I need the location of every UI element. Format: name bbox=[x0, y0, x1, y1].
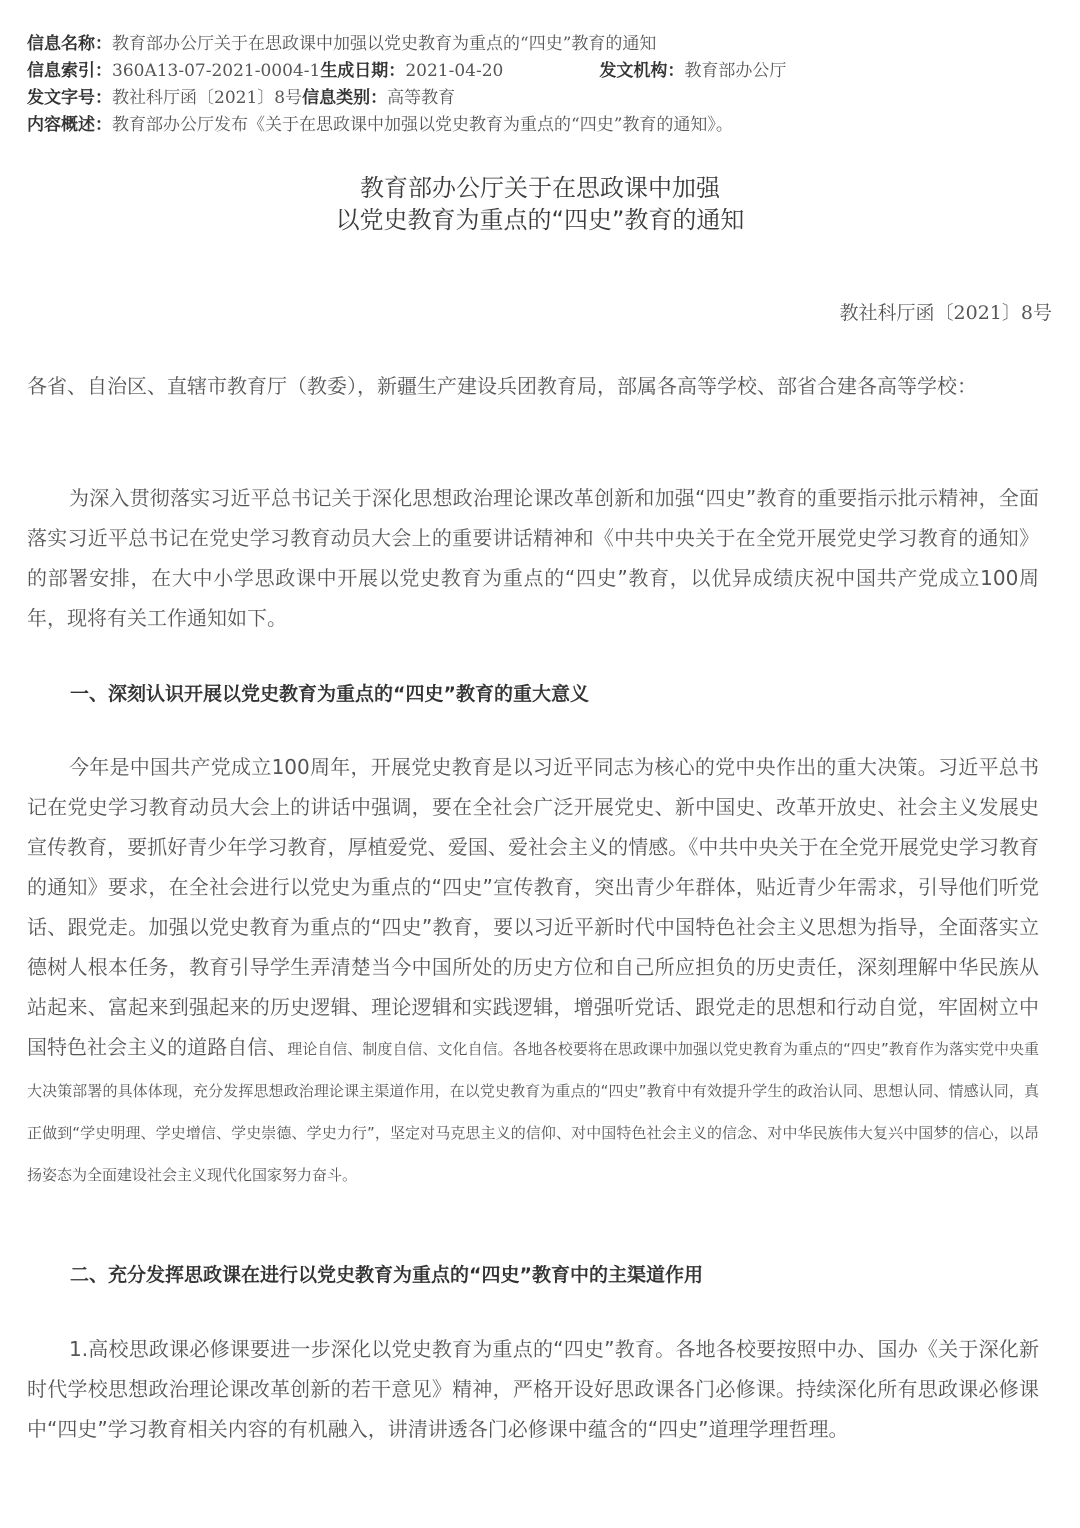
addressee-paragraph: 各省、自治区、直辖市教育厅（教委），新疆生产建设兵团教育局，部属各高等学校、部省… bbox=[27, 366, 1039, 406]
document-number: 教社科厅函〔2021〕8号 bbox=[840, 298, 1052, 325]
section-1-heading: 一、深刻认识开展以党史教育为重点的“四史”教育的重大意义 bbox=[70, 676, 1080, 712]
meta-row-info-name: 信息名称：教育部办公厅关于在思政课中加强以党史教育为重点的“四史”教育的通知 bbox=[27, 31, 1067, 58]
section-2-item-1: 1.高校思政课必修课要进一步深化以党史教育为重点的“四史”教育。各地各校要按照中… bbox=[27, 1329, 1039, 1449]
title-line-1: 教育部办公厅关于在思政课中加强 bbox=[0, 172, 1080, 204]
meta-row-doc-number: 发文字号：教社科厅函〔2021〕8号信息类别：高等教育 bbox=[27, 85, 1067, 112]
doc-number-label: 发文字号： bbox=[27, 88, 112, 108]
meta-row-index: 信息索引：360A13-07-2021-0004-1生成日期：2021-04-2… bbox=[27, 58, 1067, 85]
info-name-value: 教育部办公厅关于在思政课中加强以党史教育为重点的“四史”教育的通知 bbox=[112, 34, 656, 54]
info-name-label: 信息名称： bbox=[27, 34, 112, 54]
date-label: 生成日期： bbox=[320, 61, 405, 81]
info-index-value: 360A13-07-2021-0004-1 bbox=[112, 61, 320, 81]
summary-value: 教育部办公厅发布《关于在思政课中加强以党史教育为重点的“四史”教育的通知》。 bbox=[112, 115, 733, 135]
meta-row-summary: 内容概述：教育部办公厅发布《关于在思政课中加强以党史教育为重点的“四史”教育的通… bbox=[27, 112, 1067, 139]
document-metadata: 信息名称：教育部办公厅关于在思政课中加强以党史教育为重点的“四史”教育的通知 信… bbox=[27, 31, 1067, 139]
section-1-paragraph-part-1: 今年是中国共产党成立100周年，开展党史教育是以习近平同志为核心的党中央作出的重… bbox=[27, 755, 1039, 1059]
category-value: 高等教育 bbox=[387, 88, 455, 108]
doc-number-value: 教社科厅函〔2021〕8号 bbox=[112, 88, 302, 108]
summary-label: 内容概述： bbox=[27, 115, 112, 135]
info-index-label: 信息索引： bbox=[27, 61, 112, 81]
section-2-heading: 二、充分发挥思政课在进行以党史教育为重点的“四史”教育中的主渠道作用 bbox=[70, 1257, 1080, 1293]
category-label: 信息类别： bbox=[302, 88, 387, 108]
issuer-value: 教育部办公厅 bbox=[684, 61, 786, 81]
issuer-label: 发文机构： bbox=[599, 61, 684, 81]
intro-paragraph: 为深入贯彻落实习近平总书记关于深化思想政治理论课改革创新和加强“四史”教育的重要… bbox=[27, 478, 1039, 638]
document-title: 教育部办公厅关于在思政课中加强 以党史教育为重点的“四史”教育的通知 bbox=[0, 172, 1080, 236]
section-1-paragraph-part-2: 理论自信、制度自信、文化自信。各地各校要将在思政课中加强以党史教育为重点的“四史… bbox=[27, 1040, 1039, 1184]
date-value: 2021-04-20 bbox=[405, 61, 503, 81]
title-line-2: 以党史教育为重点的“四史”教育的通知 bbox=[0, 204, 1080, 236]
section-1-paragraph: 今年是中国共产党成立100周年，开展党史教育是以习近平同志为核心的党中央作出的重… bbox=[27, 747, 1039, 1195]
